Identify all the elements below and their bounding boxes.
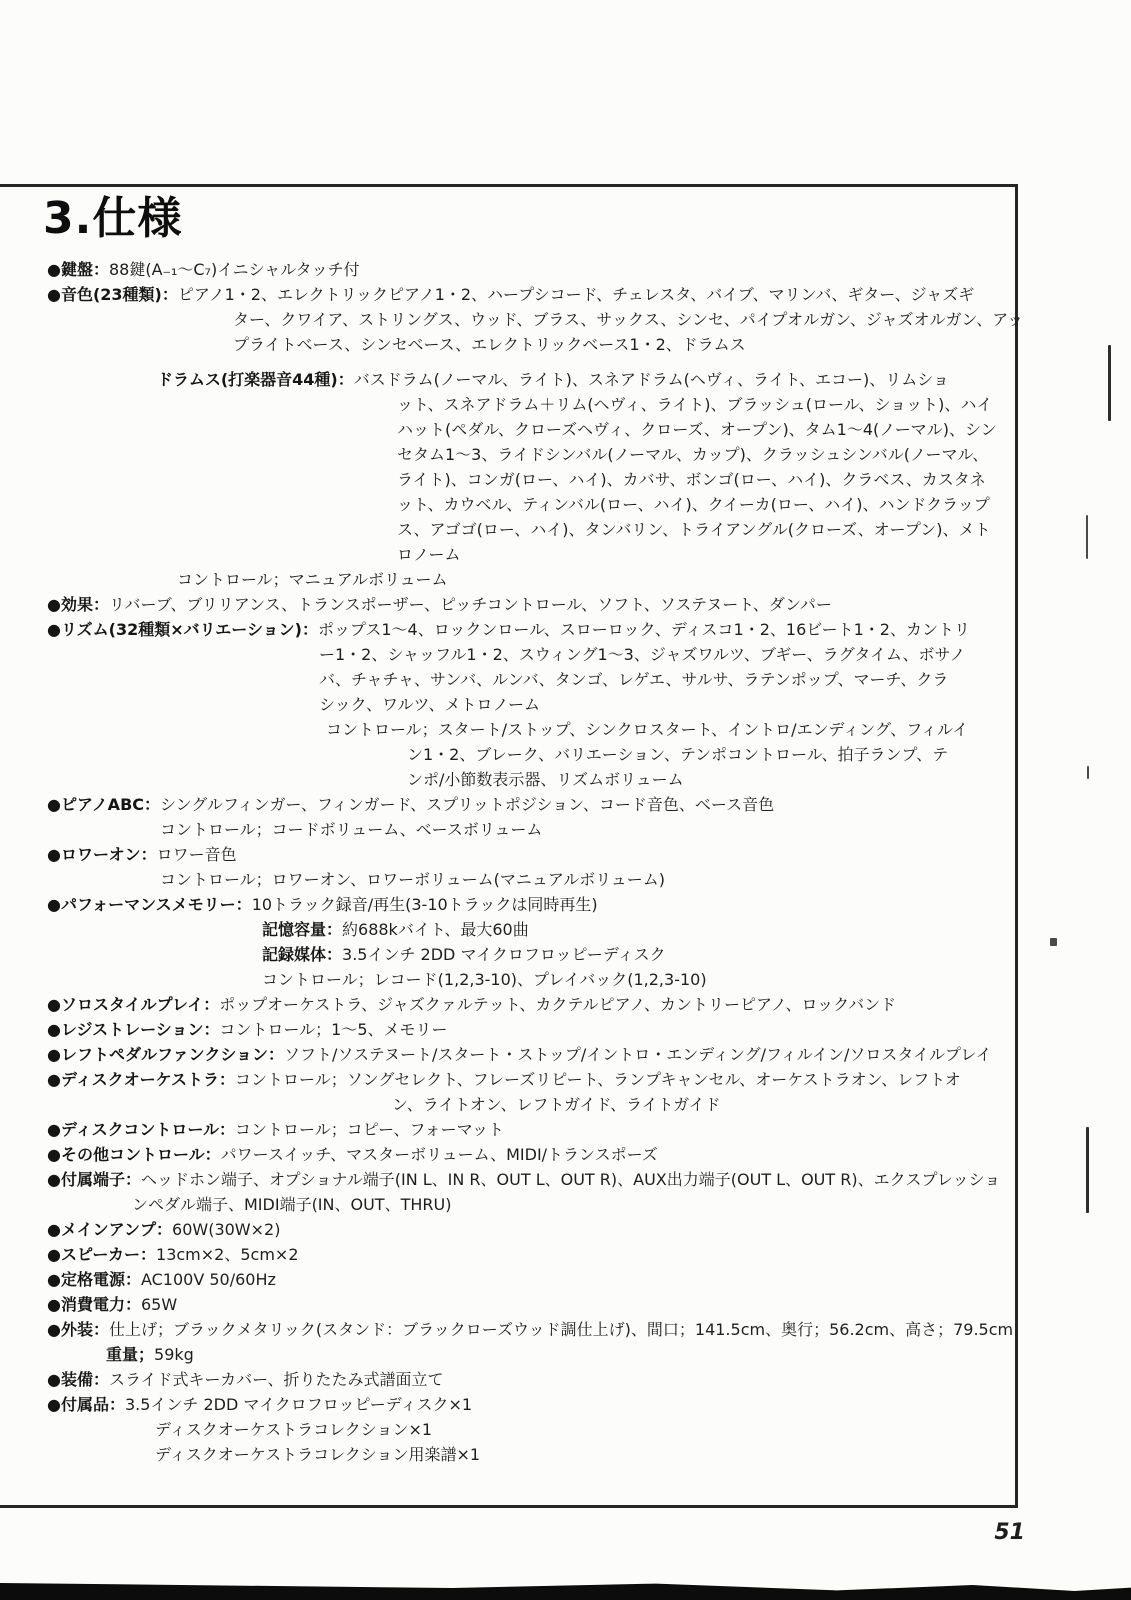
spec-line: ●ロワーオン：ロワー音色 (47, 842, 1001, 867)
spec-line: ●外装：仕上げ；ブラックメタリック(スタンド：ブラックローズウッド調仕上げ)、間… (47, 1317, 1001, 1342)
spec-line: プライトベース、シンセベース、エレクトリックベース1・2、ドラムス (47, 332, 1001, 357)
spec-label: 重量； (106, 1345, 154, 1364)
spec-line: シック、ワルツ、メトロノーム (47, 692, 1001, 717)
spec-text: ット、スネアドラム＋リム(ヘヴィ、ライト)、ブラッシュ(ロール、ショット)、ハイ (397, 395, 992, 414)
spec-line: ●パフォーマンスメモリー：10トラック録音/再生(3-10トラックは同時再生) (47, 892, 1001, 917)
spec-label: ●スピーカー： (47, 1245, 156, 1264)
spec-line: ディスクオーケストラコレクション×1 (47, 1417, 1001, 1442)
spec-text: 仕上げ；ブラックメタリック(スタンド：ブラックローズウッド調仕上げ)、間口；14… (109, 1320, 1013, 1339)
spec-text: ット、カウベル、ティンバル(ロー、ハイ)、クイーカ(ロー、ハイ)、ハンドクラップ (397, 495, 990, 514)
spec-line: ●装備：スライド式キーカバー、折りたたみ式譜面立て (47, 1367, 1001, 1392)
spec-line: ●ソロスタイルプレイ：ポップオーケストラ、ジャズクァルテット、カクテルピアノ、カ… (47, 992, 1001, 1017)
spec-text: ディスクオーケストラコレクション用楽譜×1 (155, 1445, 480, 1464)
scan-artifact (1087, 766, 1089, 779)
spec-text: ポップオーケストラ、ジャズクァルテット、カクテルピアノ、カントリーピアノ、ロック… (219, 995, 896, 1014)
spec-label: ●装備： (47, 1370, 109, 1389)
spec-text: ン、ライトオン、レフトガイド、ライトガイド (392, 1095, 721, 1114)
spec-label: ●パフォーマンスメモリー： (47, 895, 252, 914)
page-number: 51 (994, 1520, 1025, 1545)
spec-label: ●付属品： (47, 1395, 125, 1414)
spec-line: ●効果：リバーブ、ブリリアンス、トランスポーザー、ピッチコントロール、ソフト、ソ… (47, 592, 1001, 617)
spec-line: コントロール；コードボリューム、ベースボリューム (47, 817, 1001, 842)
spec-text: コントロール；コピー、フォーマット (235, 1120, 504, 1139)
spec-text: 60W(30W×2) (172, 1220, 280, 1239)
spec-text: ター、クワイア、ストリングス、ウッド、ブラス、サックス、シンセ、パイプオルガン、… (233, 310, 1023, 329)
spec-label: ●定格電源： (47, 1270, 141, 1289)
spec-text: ス、アゴゴ(ロー、ハイ)、タンバリン、トライアングル(クローズ、オープン)、メト (397, 520, 990, 539)
spec-label: 記憶容量： (262, 920, 342, 939)
spec-text: コントロール；ロワーオン、ロワーボリューム(マニュアルボリューム) (160, 870, 665, 889)
spec-text: 3.5インチ 2DD マイクロフロッピーディスク×1 (125, 1395, 472, 1414)
specification-border-box: 3.仕様 ●鍵盤：88鍵(A₋₁〜C₇)イニシャルタッチ付 ●音色(23種類)：… (0, 184, 1018, 1508)
spec-line: バ、チャチャ、サンバ、ルンバ、タンゴ、レゲエ、サルサ、ラテンポップ、マーチ、クラ (47, 667, 1001, 692)
scan-artifact (1108, 345, 1111, 421)
spec-line: ロノーム (47, 542, 1001, 567)
spec-label: ●ロワーオン： (47, 845, 157, 864)
spec-text: ハット(ペダル、クローズヘヴィ、クローズ、オープン)、タム1〜4(ノーマル)、シ… (397, 420, 997, 439)
spec-text: ライト)、コンガ(ロー、ハイ)、カバサ、ボンゴ(ロー、ハイ)、クラベス、カスタネ (397, 470, 986, 489)
spec-list: ●鍵盤：88鍵(A₋₁〜C₇)イニシャルタッチ付 ●音色(23種類)：ピアノ1・… (47, 257, 1001, 1467)
spec-line: ン、ライトオン、レフトガイド、ライトガイド (47, 1092, 1001, 1117)
spec-line: ●レジストレーション：コントロール；1〜5、メモリー (47, 1017, 1001, 1042)
spec-text: コントロール；マニュアルボリューム (177, 570, 448, 589)
specification-content: 3.仕様 ●鍵盤：88鍵(A₋₁〜C₇)イニシャルタッチ付 ●音色(23種類)：… (47, 195, 1001, 1467)
spec-line: ハット(ペダル、クローズヘヴィ、クローズ、オープン)、タム1〜4(ノーマル)、シ… (47, 417, 1001, 442)
spec-line: ●付属端子：ヘッドホン端子、オプショナル端子(IN L、IN R、OUT L、O… (47, 1167, 1001, 1192)
spec-text: ディスクオーケストラコレクション×1 (155, 1420, 432, 1439)
spec-label: ●ピアノABC： (47, 795, 160, 814)
spec-text: コントロール；レコード(1,2,3-10)、プレイバック(1,2,3-10) (262, 970, 707, 989)
spec-line: ●その他コントロール：パワースイッチ、マスターボリューム、MIDI/トランスポー… (47, 1142, 1001, 1167)
spec-text: ロワー音色 (157, 845, 237, 864)
spec-label: ●レフトペダルファンクション： (47, 1045, 284, 1064)
spec-label: ●付属端子： (47, 1170, 141, 1189)
spec-line: 記憶容量：約688kバイト、最大60曲 (47, 917, 1001, 942)
spec-line: 重量；59kg (47, 1342, 1001, 1367)
spec-text: ンペダル端子、MIDI端子(IN、OUT、THRU) (132, 1195, 451, 1214)
spec-text: 約688kバイト、最大60曲 (342, 920, 529, 939)
spec-text: バ、チャチャ、サンバ、ルンバ、タンゴ、レゲエ、サルサ、ラテンポップ、マーチ、クラ (319, 670, 948, 689)
spec-line: ●ピアノABC：シングルフィンガー、フィンガード、スプリットポジション、コード音… (47, 792, 1001, 817)
spec-text: コントロール；コードボリューム、ベースボリューム (160, 820, 542, 839)
scan-artifact (1086, 1127, 1089, 1213)
spec-line: ●レフトペダルファンクション：ソフト/ソステヌート/スタート・ストップ/イントロ… (47, 1042, 1001, 1067)
spec-text: 10トラック録音/再生(3-10トラックは同時再生) (252, 895, 598, 914)
spec-line: コントロール；ロワーオン、ロワーボリューム(マニュアルボリューム) (47, 867, 1001, 892)
spec-line: ドラムス(打楽器音44種)：バスドラム(ノーマル、ライト)、スネアドラム(ヘヴィ… (47, 367, 1001, 392)
spec-label: ●ディスクオーケストラ： (47, 1070, 235, 1089)
scan-artifact (1086, 515, 1088, 559)
spec-text: 13cm×2、5cm×2 (156, 1245, 298, 1264)
spec-text: スライド式キーカバー、折りたたみ式譜面立て (109, 1370, 444, 1389)
spec-text: 3.5インチ 2DD マイクロフロッピーディスク (342, 945, 666, 964)
scanned-manual-page: 3.仕様 ●鍵盤：88鍵(A₋₁〜C₇)イニシャルタッチ付 ●音色(23種類)：… (0, 0, 1131, 1600)
spec-text: ロノーム (397, 545, 461, 564)
spec-line: ●付属品：3.5インチ 2DD マイクロフロッピーディスク×1 (47, 1392, 1001, 1417)
spec-line: ●スピーカー：13cm×2、5cm×2 (47, 1242, 1001, 1267)
spec-label: ●ディスクコントロール： (47, 1120, 235, 1139)
spec-text: ヘッドホン端子、オプショナル端子(IN L、IN R、OUT L、OUT R)、… (141, 1170, 1000, 1189)
spec-line: コントロール；マニュアルボリューム (47, 567, 1001, 592)
spec-line: コントロール；スタート/ストップ、シンクロスタート、イントロ/エンディング、フィ… (47, 717, 1001, 742)
spec-line: ●消費電力：65W (47, 1292, 1001, 1317)
spec-text: AC100V 50/60Hz (141, 1270, 276, 1289)
spec-label: ●その他コントロール： (47, 1145, 221, 1164)
spec-line: ライト)、コンガ(ロー、ハイ)、カバサ、ボンゴ(ロー、ハイ)、クラベス、カスタネ (47, 467, 1001, 492)
spec-label: ●外装： (47, 1320, 109, 1339)
spec-line: ●ディスクコントロール：コントロール；コピー、フォーマット (47, 1117, 1001, 1142)
spec-text: ポップス1〜4、ロックンロール、スローロック、ディスコ1・2、16ビート1・2、… (318, 620, 970, 639)
spec-line: ●ディスクオーケストラ：コントロール；ソングセレクト、フレーズリピート、ランプキ… (47, 1067, 1001, 1092)
spec-text: シングルフィンガー、フィンガード、スプリットポジション、コード音色、ベース音色 (160, 795, 774, 814)
spec-label: ドラムス(打楽器音44種)： (157, 370, 354, 389)
spec-line: ス、アゴゴ(ロー、ハイ)、タンバリン、トライアングル(クローズ、オープン)、メト (47, 517, 1001, 542)
spec-line: 記録媒体：3.5インチ 2DD マイクロフロッピーディスク (47, 942, 1001, 967)
spec-text: ン1・2、ブレーク、バリエーション、テンポコントロール、拍子ランプ、テ (407, 745, 948, 764)
spec-label: ●ソロスタイルプレイ： (47, 995, 219, 1014)
spec-line: コントロール；レコード(1,2,3-10)、プレイバック(1,2,3-10) (47, 967, 1001, 992)
spec-text: プライトベース、シンセベース、エレクトリックベース1・2、ドラムス (233, 335, 746, 354)
spec-line: ●定格電源：AC100V 50/60Hz (47, 1267, 1001, 1292)
spec-line: ●鍵盤：88鍵(A₋₁〜C₇)イニシャルタッチ付 (47, 257, 1001, 282)
page-bottom-scan-bar (0, 1580, 1131, 1600)
spec-label: ●レジストレーション： (47, 1020, 219, 1039)
spec-text: コントロール；ソングセレクト、フレーズリピート、ランプキャンセル、オーケストラオ… (235, 1070, 961, 1089)
spec-line: ット、カウベル、ティンバル(ロー、ハイ)、クイーカ(ロー、ハイ)、ハンドクラップ (47, 492, 1001, 517)
spec-text: パワースイッチ、マスターボリューム、MIDI/トランスポーズ (221, 1145, 658, 1164)
spec-line: ディスクオーケストラコレクション用楽譜×1 (47, 1442, 1001, 1467)
spec-label: ●音色(23種類)： (47, 285, 178, 304)
spec-text: ソフト/ソステヌート/スタート・ストップ/イントロ・エンディング/フィルイン/ソ… (284, 1045, 992, 1064)
spec-text: セタム1〜3、ライドシンバル(ノーマル、カップ)、クラッシュシンバル(ノーマル、 (397, 445, 988, 464)
spec-label: 記録媒体： (262, 945, 342, 964)
spec-text: バスドラム(ノーマル、ライト)、スネアドラム(ヘヴィ、ライト、エコー)、リムショ (354, 370, 949, 389)
spec-line: ー1・2、シャッフル1・2、スウィング1〜3、ジャズワルツ、ブギー、ラグタイム、… (47, 642, 1001, 667)
scan-artifact (1050, 938, 1057, 946)
spec-label: ●効果： (47, 595, 109, 614)
spec-line: ンペダル端子、MIDI端子(IN、OUT、THRU) (47, 1192, 1001, 1217)
spec-text: 59kg (154, 1345, 194, 1364)
spec-text: コントロール；1〜5、メモリー (219, 1020, 447, 1039)
spec-text: コントロール；スタート/ストップ、シンクロスタート、イントロ/エンディング、フィ… (326, 720, 968, 739)
spec-text: シック、ワルツ、メトロノーム (319, 695, 540, 714)
spec-label: ●リズム(32種類×バリエーション)： (47, 620, 318, 639)
spec-label: ●鍵盤： (47, 260, 109, 279)
spec-line: セタム1〜3、ライドシンバル(ノーマル、カップ)、クラッシュシンバル(ノーマル、 (47, 442, 1001, 467)
spec-line: ンポ/小節数表示器、リズムボリューム (47, 767, 1001, 792)
spec-label: ●メインアンプ： (47, 1220, 172, 1239)
page-title: 3.仕様 (43, 195, 1001, 243)
spec-text: リバーブ、ブリリアンス、トランスポーザー、ピッチコントロール、ソフト、ソステヌー… (109, 595, 832, 614)
spec-text: ー1・2、シャッフル1・2、スウィング1〜3、ジャズワルツ、ブギー、ラグタイム、… (319, 645, 965, 664)
spec-line: ●リズム(32種類×バリエーション)：ポップス1〜4、ロックンロール、スローロッ… (47, 617, 1001, 642)
spec-line: ●メインアンプ：60W(30W×2) (47, 1217, 1001, 1242)
spec-text: ンポ/小節数表示器、リズムボリューム (407, 770, 684, 789)
spec-line: ン1・2、ブレーク、バリエーション、テンポコントロール、拍子ランプ、テ (47, 742, 1001, 767)
spec-text: 88鍵(A₋₁〜C₇)イニシャルタッチ付 (109, 260, 360, 279)
spec-text: 65W (141, 1295, 177, 1314)
spec-line: ●音色(23種類)：ピアノ1・2、エレクトリックピアノ1・2、ハープシコード、チ… (47, 282, 1001, 307)
spec-line: ター、クワイア、ストリングス、ウッド、ブラス、サックス、シンセ、パイプオルガン、… (47, 307, 1001, 332)
spec-text: ピアノ1・2、エレクトリックピアノ1・2、ハープシコード、チェレスタ、バイブ、マ… (178, 285, 974, 304)
spec-line: ット、スネアドラム＋リム(ヘヴィ、ライト)、ブラッシュ(ロール、ショット)、ハイ (47, 392, 1001, 417)
spec-label: ●消費電力： (47, 1295, 141, 1314)
